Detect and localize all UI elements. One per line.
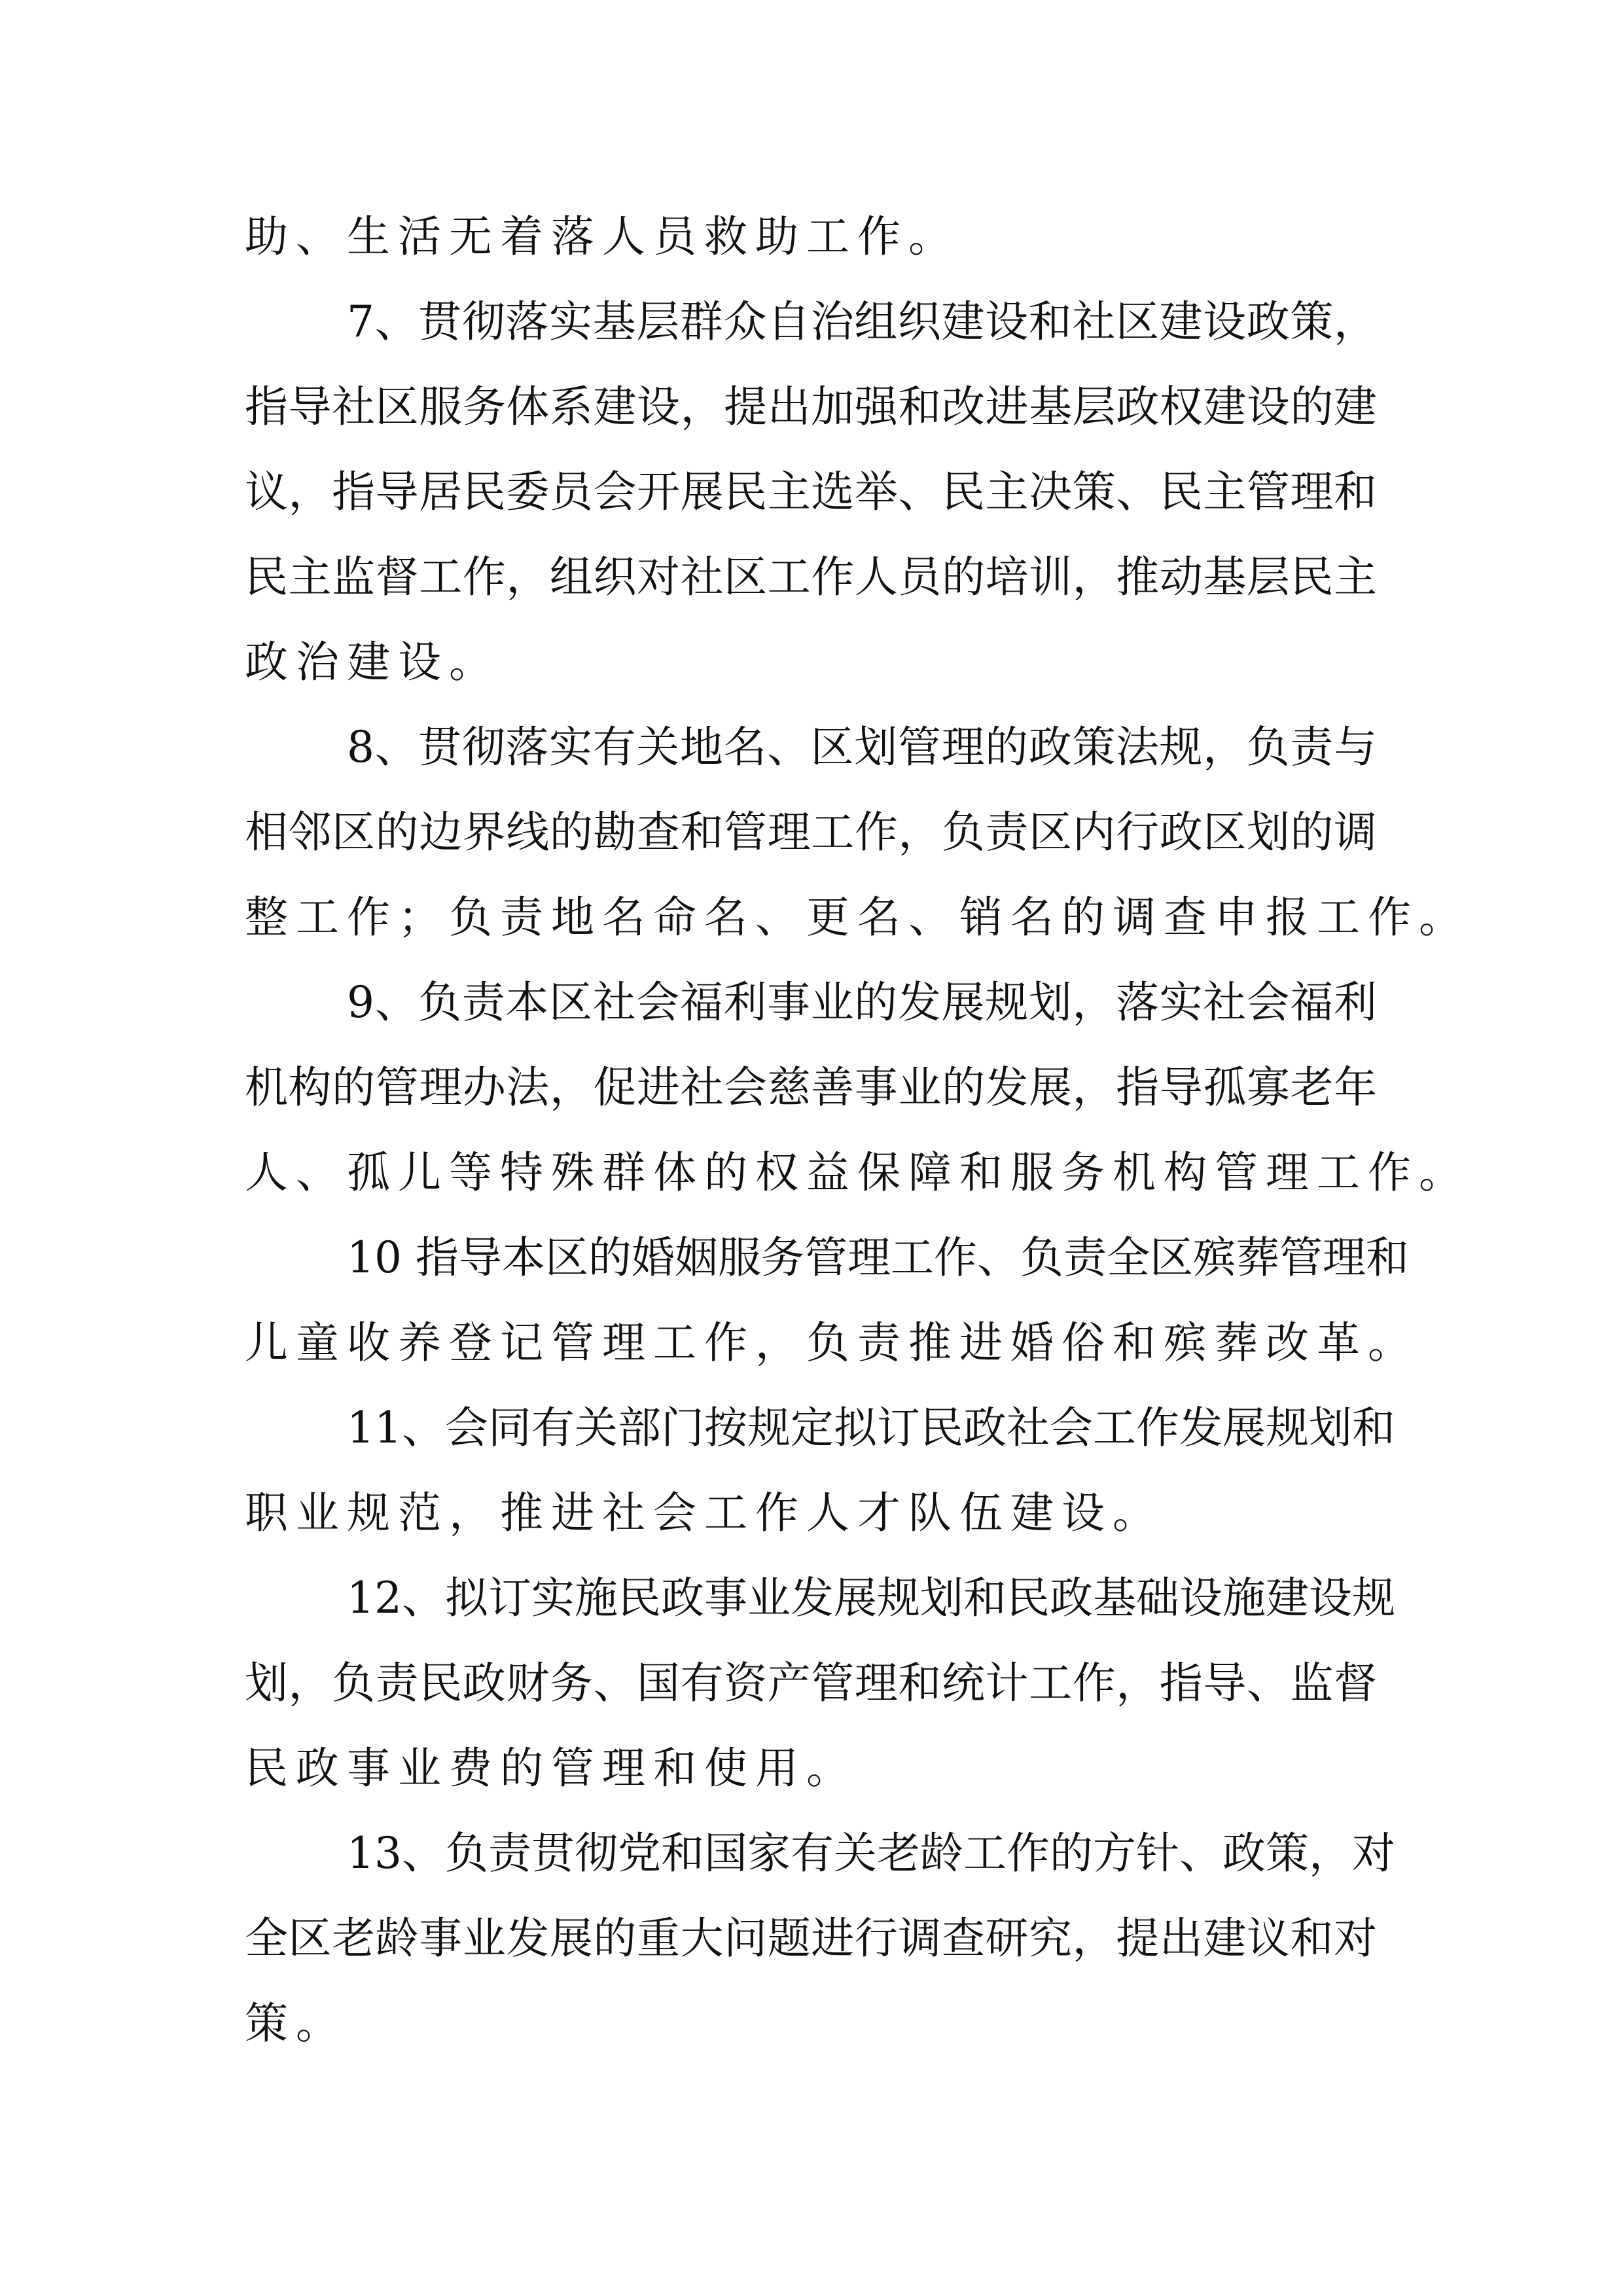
item-9-line-1: 9、负责本区社会福利事业的发展规划，落实社会福利 xyxy=(347,960,1377,1045)
text-line-continuation-6: 助、生活无着落人员救助工作。 xyxy=(245,194,1377,279)
item-7-line-5: 政治建设。 xyxy=(245,620,1377,705)
item-8-line-3: 整工作；负责地名命名、更名、销名的调查申报工作。 xyxy=(245,875,1377,960)
item-9-line-2: 机构的管理办法，促进社会慈善事业的发展，指导孤寡老年 xyxy=(245,1045,1377,1130)
item-10-line-1: 10 指导本区的婚姻服务管理工作、负责全区殡葬管理和 xyxy=(347,1215,1377,1300)
item-7-line-2: 指导社区服务体系建设，提出加强和改进基层政权建设的建 xyxy=(245,365,1377,450)
item-13-line-1: 13、负责贯彻党和国家有关老龄工作的方针、政策，对 xyxy=(347,1811,1377,1896)
item-12-line-2: 划，负责民政财务、国有资产管理和统计工作，指导、监督 xyxy=(245,1641,1377,1726)
item-12-line-1: 12、拟订实施民政事业发展规划和民政基础设施建设规 xyxy=(347,1556,1377,1641)
item-11-line-1: 11、会同有关部门按规定拟订民政社会工作发展规划和 xyxy=(347,1386,1377,1471)
item-13-line-3: 策。 xyxy=(245,1981,1377,2066)
item-12-line-3: 民政事业费的管理和使用。 xyxy=(245,1726,1377,1811)
item-7-line-4: 民主监督工作，组织对社区工作人员的培训，推动基层民主 xyxy=(245,535,1377,620)
item-13-line-2: 全区老龄事业发展的重大问题进行调查研究，提出建议和对 xyxy=(245,1896,1377,1981)
item-9-line-3: 人、孤儿等特殊群体的权益保障和服务机构管理工作。 xyxy=(245,1130,1377,1215)
item-10-line-2: 儿童收养登记管理工作，负责推进婚俗和殡葬改革。 xyxy=(245,1300,1377,1386)
item-11-line-2: 职业规范，推进社会工作人才队伍建设。 xyxy=(245,1471,1377,1556)
item-8-line-2: 相邻区的边界线的勘查和管理工作，负责区内行政区划的调 xyxy=(245,790,1377,875)
item-8-line-1: 8、贯彻落实有关地名、区划管理的政策法规，负责与 xyxy=(347,705,1377,790)
item-7-line-3: 议，指导居民委员会开展民主选举、民主决策、民主管理和 xyxy=(245,450,1377,535)
item-7-line-1: 7、贯彻落实基层群众自治组织建设和社区建设政策， xyxy=(347,279,1377,365)
